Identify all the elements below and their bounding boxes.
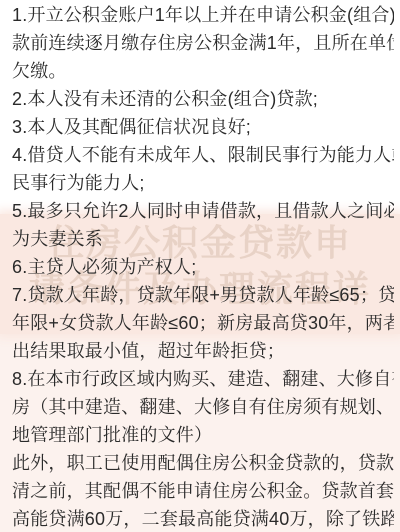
text-line: 款前连续逐月缴存住房公积金满1年，且所在单位不 [12,29,394,57]
text-line: 4.借贷人不能有未成年人、限制民事行为能力人或无 [12,141,394,169]
text-line: 8.在本市行政区域内购买、建造、翻建、大修自有住 [12,365,394,393]
text-line: 1.开立公积金账户1年以上并在申请公积金(组合)贷 [12,1,394,29]
article-page: 住房公积金贷款申 请条件及办理流程详 1.开立公积金账户1年以上并在申请公积金(… [0,0,400,532]
article-text: 1.开立公积金账户1年以上并在申请公积金(组合)贷款前连续逐月缴存住房公积金满1… [0,1,400,532]
text-line: 此外，职工已使用配偶住房公积金贷款的，贷款还 [12,449,394,477]
text-line: 为夫妻关系 [12,225,394,253]
text-line: 2.本人没有未还清的公积金(组合)贷款; [12,85,394,113]
text-line: 地管理部门批准的文件） [12,421,394,449]
text-line: 房（其中建造、翻建、大修自有住房须有规划、土 [12,393,394,421]
text-line: 高能贷满60万，二套最高能贷满40万，除了铁路的 [12,505,394,532]
text-line: 3.本人及其配偶征信状况良好; [12,113,394,141]
text-line: 5.最多只允许2人同时申请借款，且借款人之间必须 [12,197,394,225]
text-line: 年限+女贷款人年龄≤60；新房最高贷30年，两者得 [12,309,394,337]
text-line: 出结果取最小值，超过年龄拒贷； [12,337,394,365]
text-line: 民事行为能力人; [12,169,394,197]
text-line: 欠缴。 [12,57,394,85]
text-line: 清之前，其配偶不能申请住房公积金。贷款首套最 [12,477,394,505]
text-line: 7.贷款人年龄，贷款年限+男贷款人年龄≤65；贷款 [12,281,394,309]
text-line: 6.主贷人必须为产权人; [12,253,394,281]
